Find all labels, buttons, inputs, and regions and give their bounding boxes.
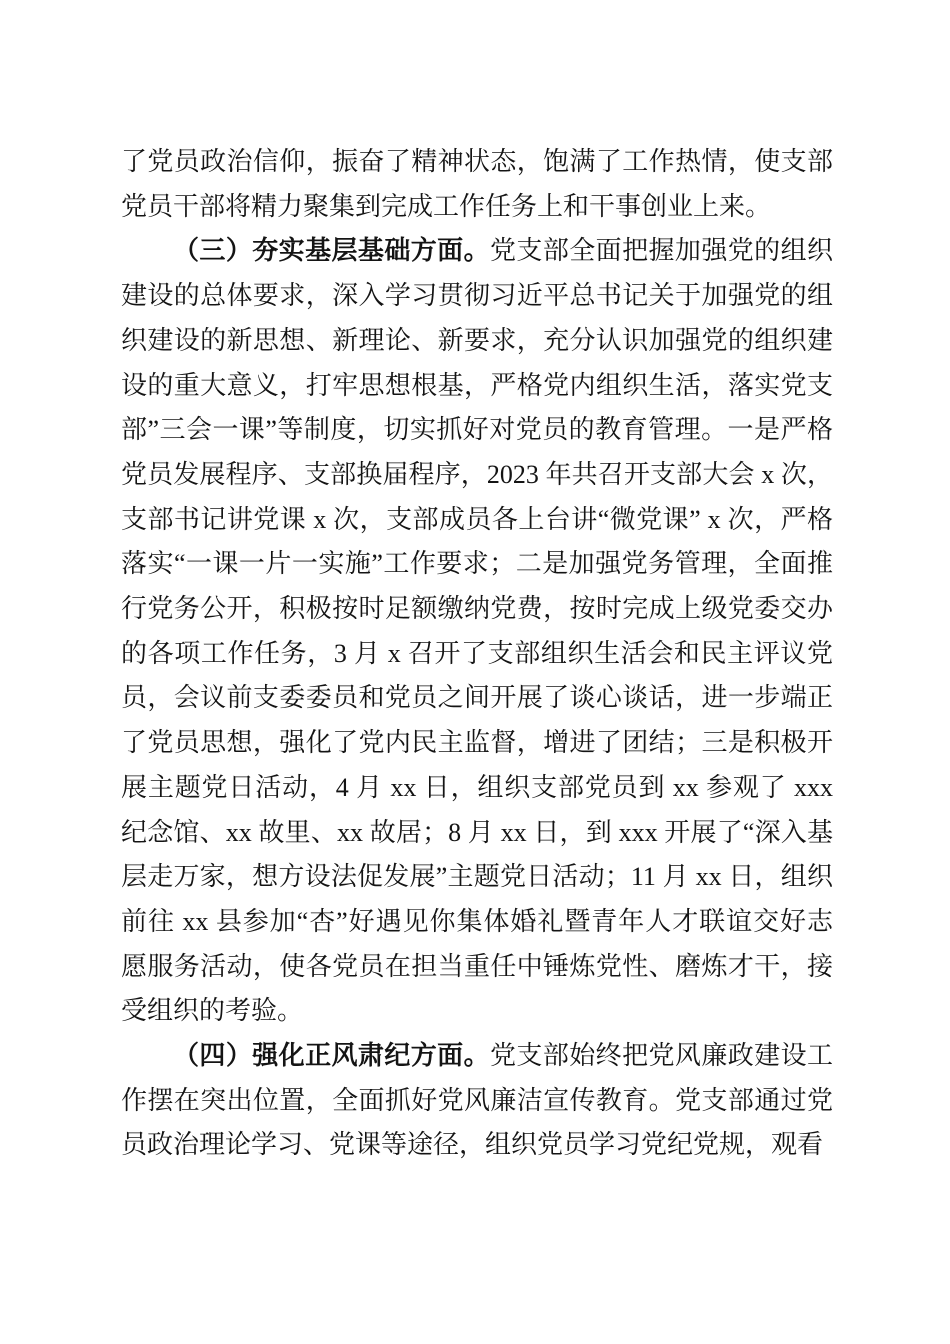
paragraph-body: 了党员政治信仰，振奋了精神状态，饱满了工作热情，使支部党员干部将精力聚集到完成工…: [121, 147, 833, 221]
paragraph-body: 党支部全面把握加强党的组织建设的总体要求，深入学习贯彻习近平总书记关于加强党的组…: [121, 236, 833, 1025]
section-heading: （三）夯实基层基础方面。: [173, 236, 490, 265]
paragraph-continuation: 了党员政治信仰，振奋了精神状态，饱满了工作热情，使支部党员干部将精力聚集到完成工…: [121, 140, 833, 229]
paragraph-section-3: （三）夯实基层基础方面。党支部全面把握加强党的组织建设的总体要求，深入学习贯彻习…: [121, 229, 833, 1034]
document-page: 了党员政治信仰，振奋了精神状态，饱满了工作热情，使支部党员干部将精力聚集到完成工…: [0, 0, 950, 1344]
section-heading: （四）强化正风肃纪方面。: [173, 1041, 490, 1070]
paragraph-section-4: （四）强化正风肃纪方面。党支部始终把党风廉政建设工作摆在突出位置，全面抓好党风廉…: [121, 1034, 833, 1168]
